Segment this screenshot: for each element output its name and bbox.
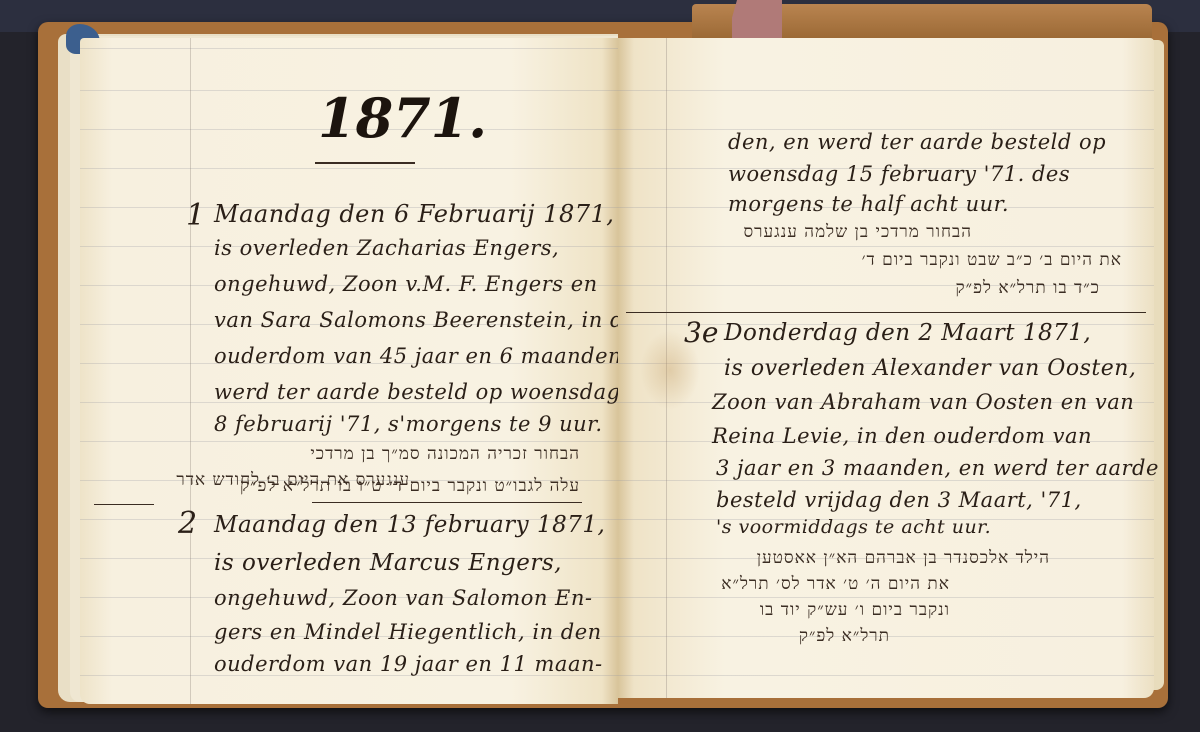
entry-separator — [626, 312, 1146, 313]
entry-line: gers en Mindel Hiegentlich, in den — [214, 620, 602, 644]
entry-line: besteld vrijdag den 3 Maart, '71, — [716, 488, 1082, 512]
margin-line-left — [190, 38, 191, 704]
hebrew-line: הבחור מרדכי בן שלמה ענגערס — [744, 222, 973, 242]
entry-line: is overleden Zacharias Engers, — [214, 236, 559, 260]
hebrew-line: ונקבר ביום ו׳ עש״ק יוד בו — [760, 600, 950, 620]
entry-line: 8 februarij '71, s'morgens te 9 uur. — [214, 412, 603, 436]
hebrew-line: הילד אלכסנדר בן אברהם הא״ן אאסטען — [757, 548, 1050, 568]
hebrew-line: תרל״א לפ״ק — [799, 626, 890, 646]
entry-line: is overleden Marcus Engers, — [214, 550, 562, 576]
entry-line: Reina Levie, in den ouderdom van — [712, 424, 1092, 448]
year-underline — [315, 162, 415, 164]
entry-line: Maandag den 13 february 1871, — [214, 512, 605, 538]
entry-line: is overleden Alexander van Oosten, — [724, 356, 1136, 381]
entry-line: Zoon van Abraham van Oosten en van — [712, 390, 1134, 414]
year-heading: 1871. — [318, 86, 487, 150]
entry-line: 3 jaar en 3 maanden, en werd ter aarde — [716, 456, 1159, 480]
hebrew-line: את היום ב׳ כ״ב שבט ונקבר ביום ד׳ — [862, 250, 1122, 270]
entry-line: morgens te half acht uur. — [728, 192, 1009, 216]
entry-line: ongehuwd, Zoon v.M. F. Engers en — [214, 272, 598, 296]
hebrew-line: כ״ד בו תרל״א לפ״ק — [956, 278, 1100, 298]
entry-number: 1 — [186, 198, 205, 233]
entry-line: werd ter aarde besteld op woensdag den — [214, 380, 669, 404]
entry-line: den, en werd ter aarde besteld op — [728, 130, 1106, 154]
entry-line: ongehuwd, Zoon van Salomon En- — [214, 586, 593, 610]
entry-line: van Sara Salomons Beerenstein, in den — [214, 308, 651, 332]
hebrew-line: הבחור זכריה המכונה סמ״ך בן מרדכי — [310, 444, 580, 464]
entry-number: 2 — [178, 506, 197, 541]
entry-line: Donderdag den 2 Maart 1871, — [724, 320, 1091, 346]
entry-line: Maandag den 6 Februarij 1871, — [214, 200, 614, 228]
entry-number: 3e — [684, 316, 718, 349]
entry-line: ouderdom van 45 jaar en 6 maanden en — [214, 344, 656, 368]
entry-line: woensdag 15 february '71. des — [728, 162, 1070, 186]
entry-separator — [312, 502, 582, 503]
entry-line: 's voormiddags te acht uur. — [716, 516, 991, 538]
entry-line: ouderdom van 19 jaar en 11 maan- — [214, 652, 603, 676]
hebrew-line: עלה לגבו״ט ונקבר ביום ד׳ ט״ו בו תרל״א לפ… — [240, 476, 580, 496]
entry-separator — [94, 504, 154, 505]
hebrew-line: את היום ה׳ ט׳ אדר לס׳ תרל״א — [721, 574, 950, 594]
